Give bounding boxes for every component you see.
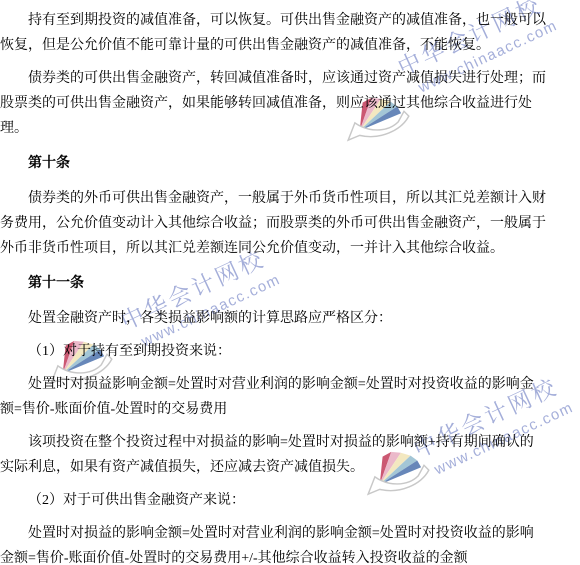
paragraph: 债券类的外币可供出售金融资产，一般属于外币货币性项目，所以其汇兑差额计入财务费用… [0,186,546,261]
document-body: 持有至到期投资的减值准备，可以恢复。可供出售金融资产的减值准备，也一般可以恢复，… [0,8,546,565]
section-heading: 第十条 [0,151,546,176]
paragraph: （2）对于可供出售金融资产来说： [0,488,546,513]
paragraph: 处置时对损益的影响金额=处置时对营业利润的影响金额=处置时对投资收益的影响金额=… [0,521,546,565]
paragraph: 该项投资在整个投资过程中对损益的影响=处置时对损益的影响额+持有期间确认的实际利… [0,430,546,480]
paragraph: （1）对于持有至到期投资来说： [0,339,546,364]
paragraph: 持有至到期投资的减值准备，可以恢复。可供出售金融资产的减值准备，也一般可以恢复，… [0,8,546,58]
paragraph: 债券类的可供出售金融资产，转回减值准备时，应该通过资产减值损失进行处理；而股票类… [0,66,546,141]
section-heading: 第十一条 [0,271,546,296]
paragraph: 处置时对损益影响金额=处置时对营业利润的影响金额=处置时对投资收益的影响金额=售… [0,372,546,422]
paragraph: 处置金融资产时，各类损益影响额的计算思路应严格区分： [0,306,546,331]
